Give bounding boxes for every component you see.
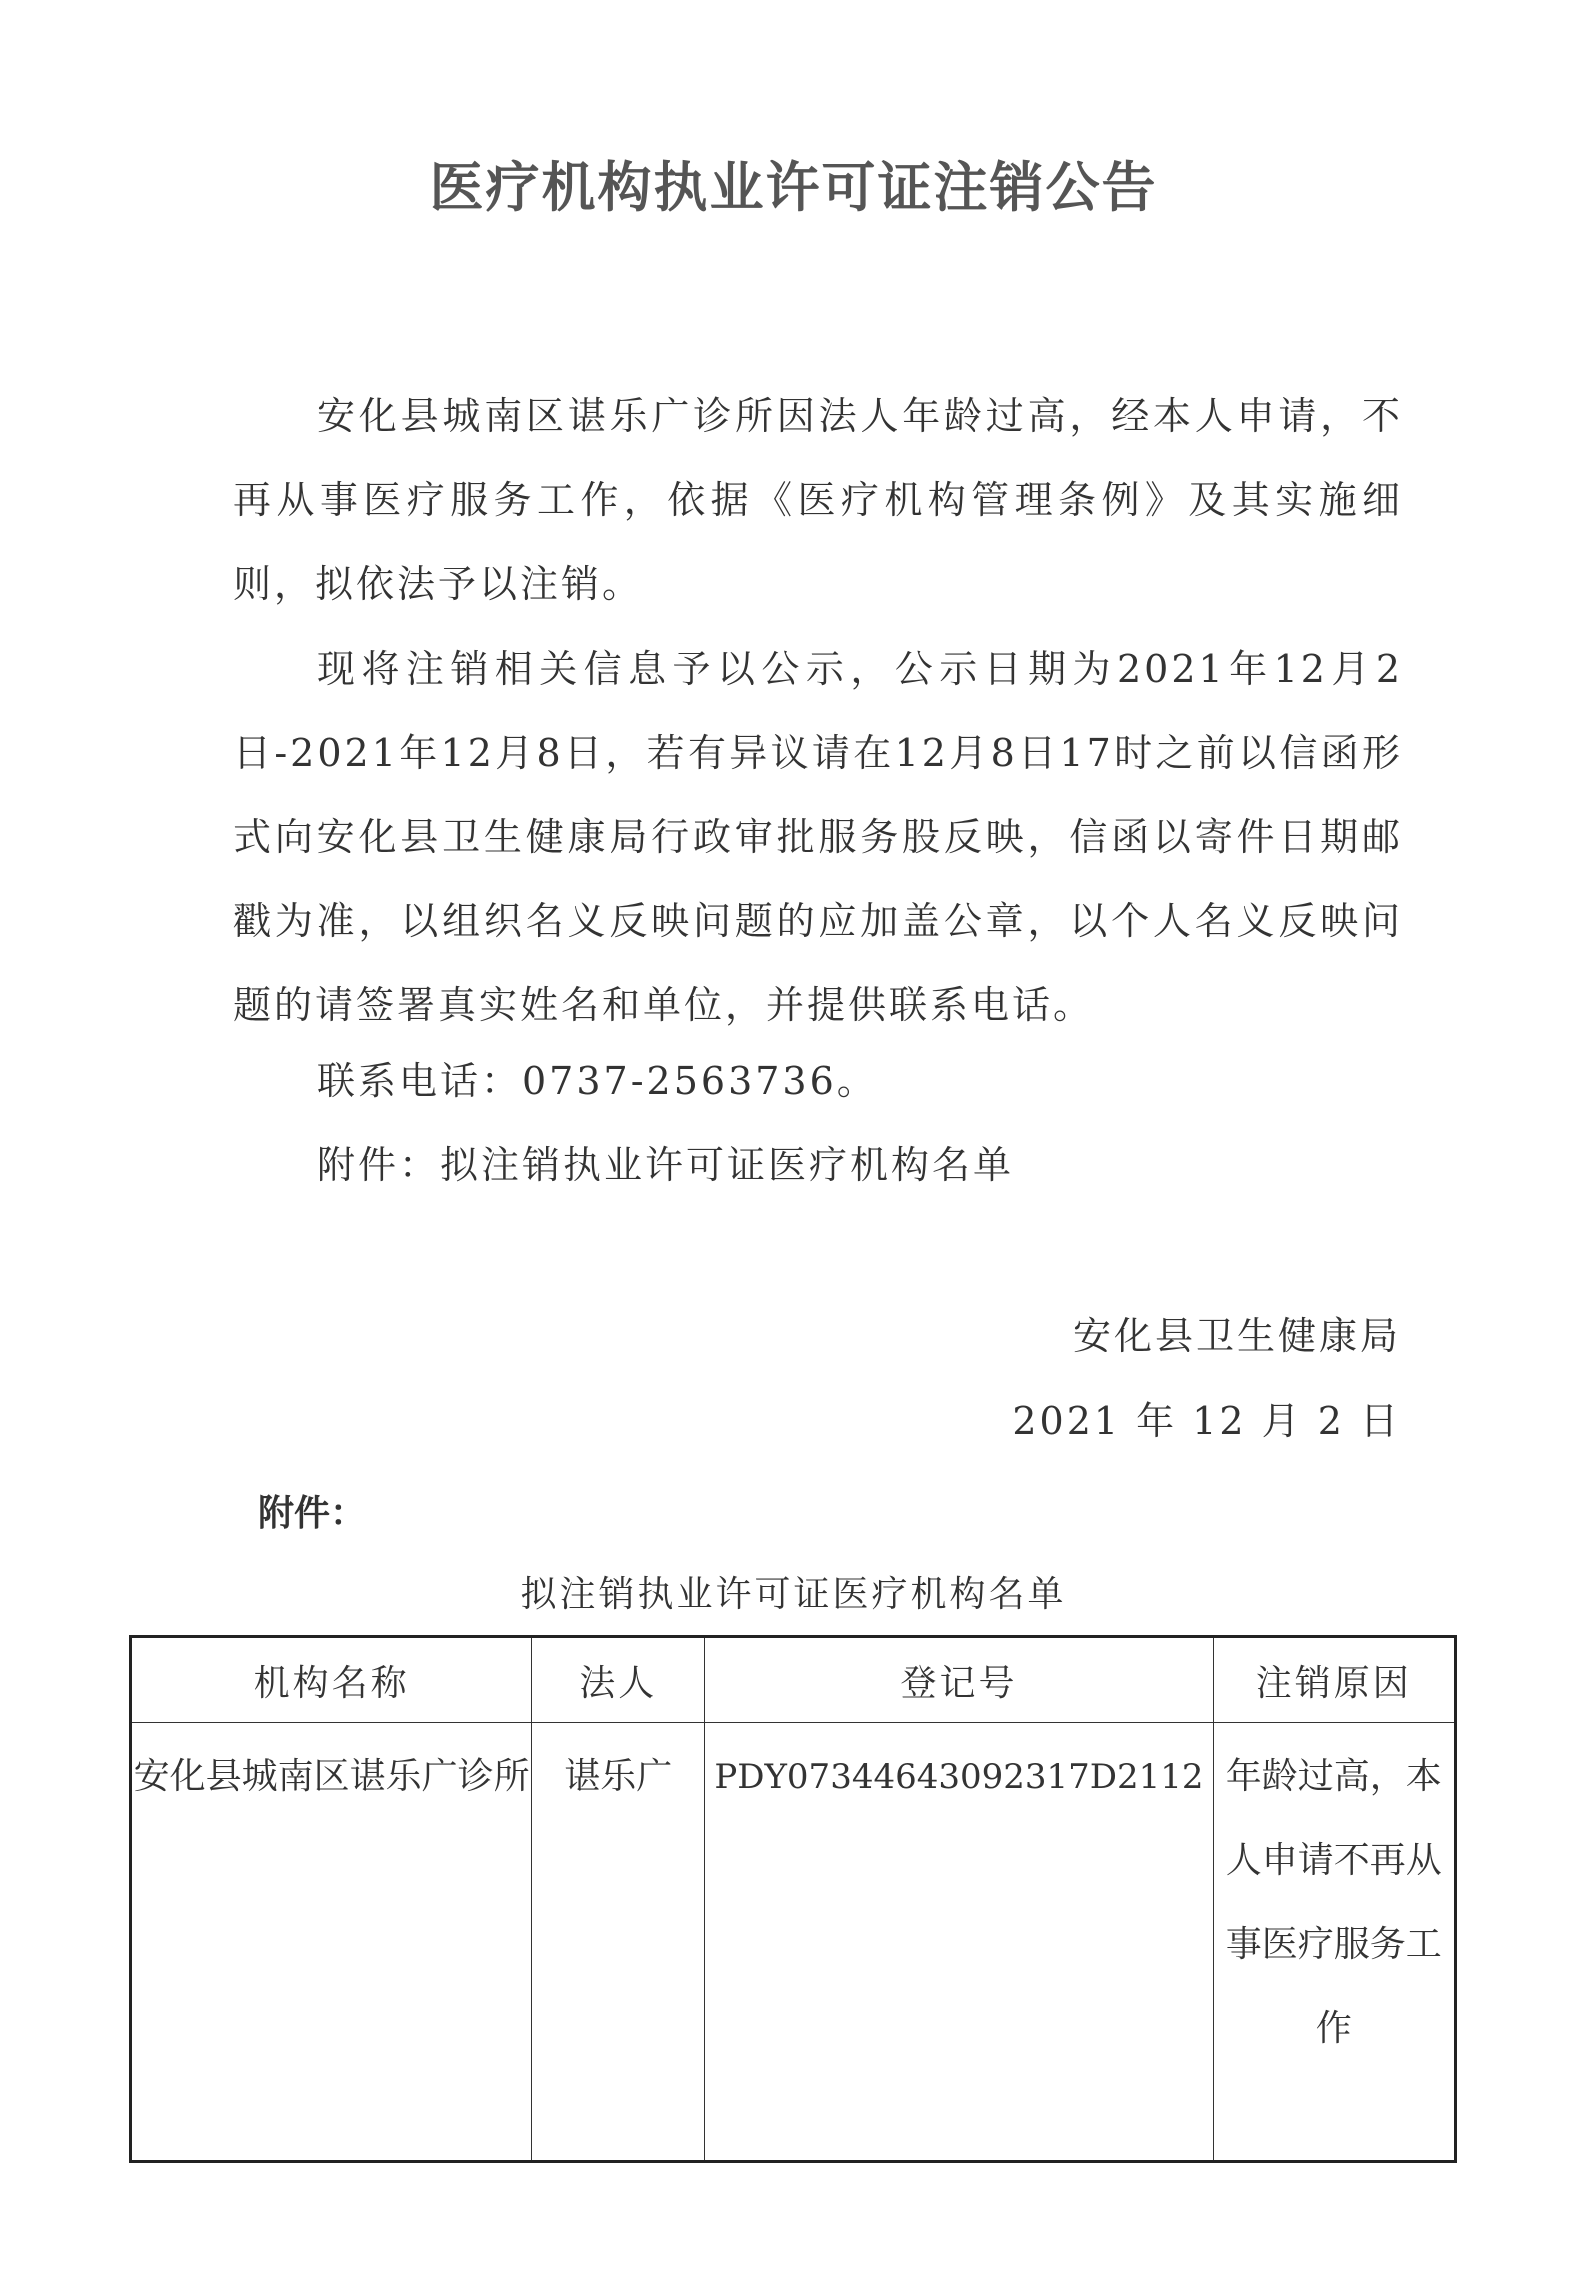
contact-phone: 联系电话：0737-2563736。 <box>317 1050 878 1105</box>
paragraph-text: 现将注销相关信息予以公示，公示日期为2021年12月2日-2021年12月8日，… <box>233 627 1403 1047</box>
table-header-row: 机构名称 法人 登记号 注销原因 <box>131 1637 1456 1723</box>
paragraph-text: 安化县城南区谌乐广诊所因法人年龄过高，经本人申请，不再从事医疗服务工作，依据《医… <box>233 374 1403 626</box>
paragraph-1: 安化县城南区谌乐广诊所因法人年龄过高，经本人申请，不再从事医疗服务工作，依据《医… <box>233 374 1403 626</box>
header-registration-number: 登记号 <box>705 1637 1213 1723</box>
header-cancellation-reason: 注销原因 <box>1213 1637 1455 1723</box>
attachment-label: 附件： <box>258 1485 366 1536</box>
signature-organization: 安化县卫生健康局 <box>1073 1305 1401 1360</box>
cell-legal-person: 谌乐广 <box>532 1723 705 2162</box>
header-legal-person: 法人 <box>532 1637 705 1723</box>
signature-date: 2021 年 12 月 2 日 <box>1012 1390 1401 1445</box>
attachment-reference: 附件：拟注销执业许可证医疗机构名单 <box>317 1134 1014 1189</box>
table-title: 拟注销执业许可证医疗机构名单 <box>0 1566 1587 1617</box>
paragraph-2: 现将注销相关信息予以公示，公示日期为2021年12月2日-2021年12月8日，… <box>233 627 1403 1047</box>
cell-institution-name: 安化县城南区谌乐广诊所 <box>131 1723 532 2162</box>
document-title: 医疗机构执业许可证注销公告 <box>0 145 1587 222</box>
institution-table: 机构名称 法人 登记号 注销原因 安化县城南区谌乐广诊所 谌乐广 PDY0734… <box>129 1635 1457 2163</box>
cell-cancellation-reason: 年龄过高，本人申请不再从事医疗服务工作 <box>1213 1723 1455 2162</box>
header-institution-name: 机构名称 <box>131 1637 532 1723</box>
table-row: 安化县城南区谌乐广诊所 谌乐广 PDY07344643092317D2112 年… <box>131 1723 1456 2162</box>
cell-registration-number: PDY07344643092317D2112 <box>705 1723 1213 2162</box>
